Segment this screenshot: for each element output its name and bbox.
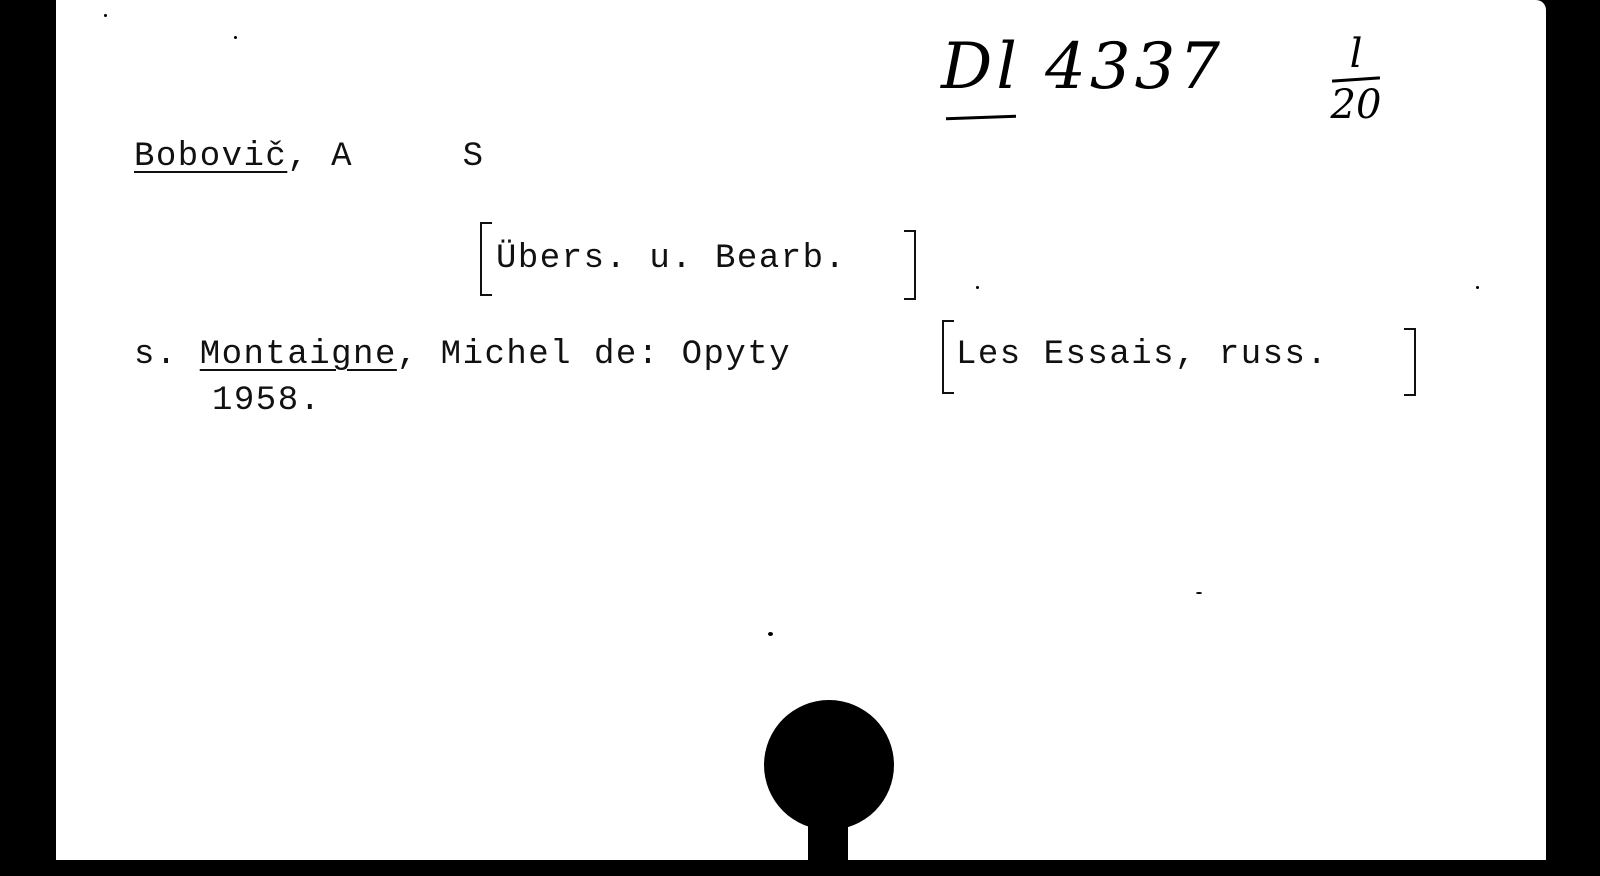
reference-line: s. Montaigne, Michel de: Opyty [134, 336, 791, 374]
title-bracket-open [942, 320, 954, 394]
fraction-numerator: l [1326, 32, 1386, 76]
call-number: Dl 4337 [941, 30, 1224, 104]
reference-author-rest: , Michel de: Opyty [397, 336, 791, 374]
fraction-denominator: 20 [1326, 83, 1386, 127]
call-number-value: 4337 [1045, 30, 1224, 104]
heading-initial-1: A [331, 138, 353, 176]
call-number-fraction: l 20 [1326, 32, 1386, 127]
call-number-prefix: Dl [941, 30, 1021, 104]
role-text: Übers. u. Bearb. [496, 240, 846, 278]
title-bracket-close [1404, 328, 1416, 396]
scan-speck [1196, 592, 1202, 594]
heading-initial-2: S [463, 138, 485, 176]
reference-author: Montaigne [200, 336, 397, 374]
scan-speck [234, 36, 237, 39]
scan-speck [1476, 286, 1479, 289]
heading-name: Bobovič [134, 138, 287, 176]
catalog-card: Dl 4337 l 20 Bobovič, A S Übers. u. Bear… [56, 0, 1546, 860]
call-number-stroke [946, 115, 1016, 120]
scan-speck [768, 632, 773, 636]
punch-hole-slot [808, 810, 848, 860]
heading-line: Bobovič, A S [134, 138, 484, 176]
role-bracket-open [480, 222, 492, 296]
heading-separator: , [287, 138, 309, 176]
scan-speck [104, 14, 107, 17]
role-bracket-close [904, 230, 916, 300]
reference-prefix: s. [134, 336, 178, 374]
reference-original-title: Les Essais, russ. [956, 336, 1328, 374]
scan-speck [976, 286, 979, 289]
reference-year: 1958. [212, 382, 322, 420]
